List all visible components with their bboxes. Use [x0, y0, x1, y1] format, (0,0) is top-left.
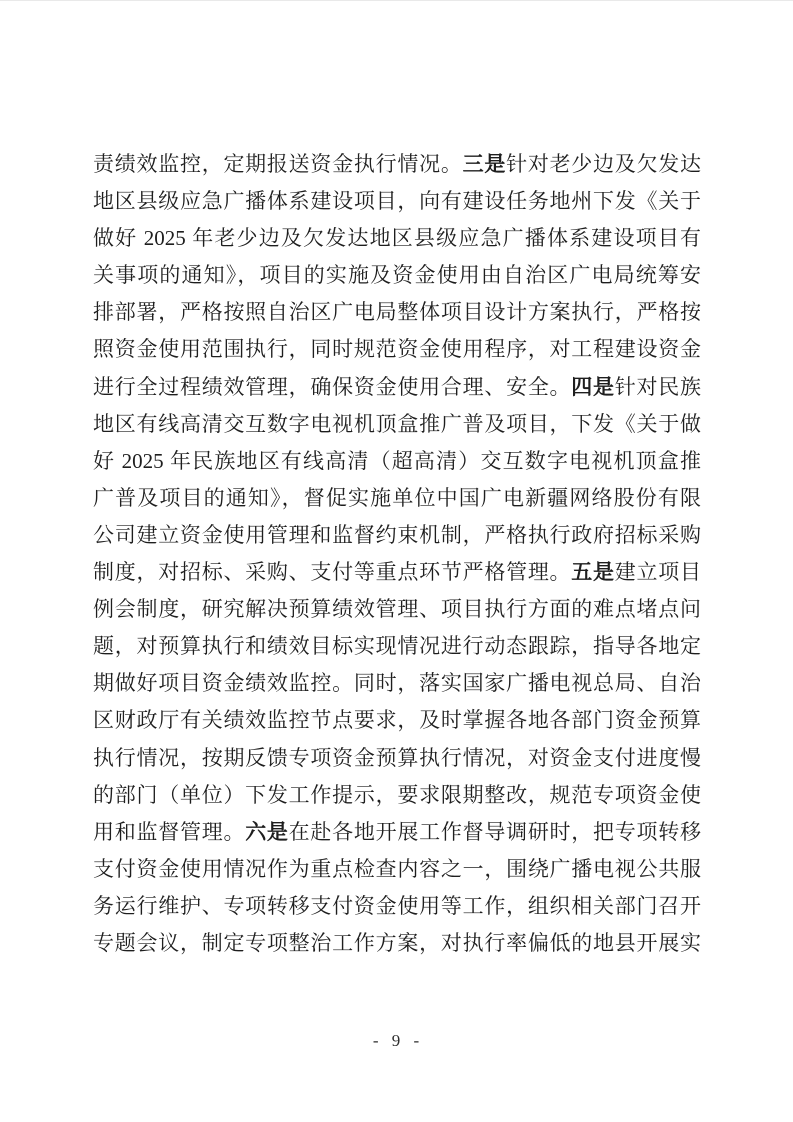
- document-page: 责绩效监控，定期报送资金执行情况。三是针对老少边及欠发达 地区县级应急广播体系建…: [0, 0, 793, 1122]
- text-line: 的部门（单位）下发工作提示，要求限期整改，规范专项资金使: [93, 777, 701, 814]
- text-run: 针对老少边及欠发达: [506, 152, 701, 176]
- emphasis-run: 四是: [571, 376, 614, 399]
- text-run: 制度，对招标、采购、支付等重点环节严格管理。: [93, 560, 571, 584]
- text-line: 区财政厅有关绩效监控节点要求，及时掌握各地各部门资金预算: [93, 702, 701, 739]
- text-line: 好 2025 年民族地区有线高清（超高清）交互数字电视机顶盒推: [93, 443, 701, 480]
- text-run: 区财政厅有关绩效监控节点要求，及时掌握各地各部门资金预算: [93, 708, 701, 732]
- text-run: 题，对预算执行和绩效目标实现情况进行动态跟踪，指导各地定: [93, 634, 701, 658]
- text-line: 支付资金使用情况作为重点检查内容之一，围绕广播电视公共服: [93, 851, 701, 888]
- text-line: 照资金使用范围执行，同时规范资金使用程序，对工程建设资金: [93, 331, 701, 368]
- text-run: 专题会议，制定专项整治工作方案，对执行率偏低的地县开展实: [93, 931, 701, 955]
- text-run: 排部署，严格按照自治区广电局整体项目设计方案执行，严格按: [93, 300, 701, 324]
- text-line: 地区有线高清交互数字电视机顶盒推广普及项目，下发《关于做: [93, 406, 701, 443]
- text-run: 建立项目: [615, 560, 701, 584]
- text-line: 做好 2025 年老少边及欠发达地区县级应急广播体系建设项目有: [93, 220, 701, 257]
- text-line: 排部署，严格按照自治区广电局整体项目设计方案执行，严格按: [93, 294, 701, 331]
- emphasis-run: 五是: [571, 561, 614, 584]
- text-run: 针对民族: [615, 375, 701, 399]
- text-run: 期做好项目资金绩效监控。同时，落实国家广播电视总局、自治: [93, 671, 701, 695]
- text-run: 广普及项目的通知》，督促实施单位中国广电新疆网络股份有限: [93, 486, 701, 510]
- text-run: 支付资金使用情况作为重点检查内容之一，围绕广播电视公共服: [93, 857, 701, 881]
- text-run: 责绩效监控，定期报送资金执行情况。: [93, 152, 463, 176]
- text-run: 执行情况，按期反馈专项资金预算执行情况，对资金支付进度慢: [93, 746, 701, 770]
- text-run: 在赴各地开展工作督导调研时，把专项转移: [289, 820, 701, 844]
- text-line: 例会制度，研究解决预算绩效管理、项目执行方面的难点堵点问: [93, 591, 701, 628]
- page-number: - 9 -: [0, 1031, 793, 1051]
- text-line: 题，对预算执行和绩效目标实现情况进行动态跟踪，指导各地定: [93, 628, 701, 665]
- text-line: 公司建立资金使用管理和监督约束机制，严格执行政府招标采购: [93, 517, 701, 554]
- text-line: 务运行维护、专项转移支付资金使用等工作，组织相关部门召开: [93, 888, 701, 925]
- text-line: 广普及项目的通知》，督促实施单位中国广电新疆网络股份有限: [93, 480, 701, 517]
- text-run: 进行全过程绩效管理，确保资金使用合理、安全。: [93, 375, 571, 399]
- text-run: 的部门（单位）下发工作提示，要求限期整改，规范专项资金使: [93, 783, 701, 807]
- text-run: 做好 2025 年老少边及欠发达地区县级应急广播体系建设项目有: [93, 226, 701, 250]
- text-run: 照资金使用范围执行，同时规范资金使用程序，对工程建设资金: [93, 337, 701, 361]
- text-run: 地区县级应急广播体系建设项目，向有建设任务地州下发《关于: [93, 189, 701, 213]
- document-body: 责绩效监控，定期报送资金执行情况。三是针对老少边及欠发达 地区县级应急广播体系建…: [93, 146, 701, 962]
- text-line: 执行情况，按期反馈专项资金预算执行情况，对资金支付进度慢: [93, 740, 701, 777]
- page-top-edge: [0, 0, 793, 1]
- text-run: 务运行维护、专项转移支付资金使用等工作，组织相关部门召开: [93, 894, 701, 918]
- text-run: 关事项的通知》，项目的实施及资金使用由自治区广电局统筹安: [93, 263, 701, 287]
- text-line: 期做好项目资金绩效监控。同时，落实国家广播电视总局、自治: [93, 665, 701, 702]
- text-line: 进行全过程绩效管理，确保资金使用合理、安全。四是针对民族: [93, 369, 701, 406]
- text-run: 好 2025 年民族地区有线高清（超高清）交互数字电视机顶盒推: [93, 449, 701, 473]
- text-run: 例会制度，研究解决预算绩效管理、项目执行方面的难点堵点问: [93, 597, 701, 621]
- text-run: 用和监督管理。: [93, 820, 245, 844]
- text-run: 公司建立资金使用管理和监督约束机制，严格执行政府招标采购: [93, 523, 701, 547]
- text-run: 地区有线高清交互数字电视机顶盒推广普及项目，下发《关于做: [93, 412, 701, 436]
- text-line: 专题会议，制定专项整治工作方案，对执行率偏低的地县开展实: [93, 925, 701, 962]
- emphasis-run: 六是: [245, 821, 288, 844]
- text-line: 关事项的通知》，项目的实施及资金使用由自治区广电局统筹安: [93, 257, 701, 294]
- text-line: 用和监督管理。六是在赴各地开展工作督导调研时，把专项转移: [93, 814, 701, 851]
- emphasis-run: 三是: [463, 153, 506, 176]
- text-line: 地区县级应急广播体系建设项目，向有建设任务地州下发《关于: [93, 183, 701, 220]
- text-line: 责绩效监控，定期报送资金执行情况。三是针对老少边及欠发达: [93, 146, 701, 183]
- text-line: 制度，对招标、采购、支付等重点环节严格管理。五是建立项目: [93, 554, 701, 591]
